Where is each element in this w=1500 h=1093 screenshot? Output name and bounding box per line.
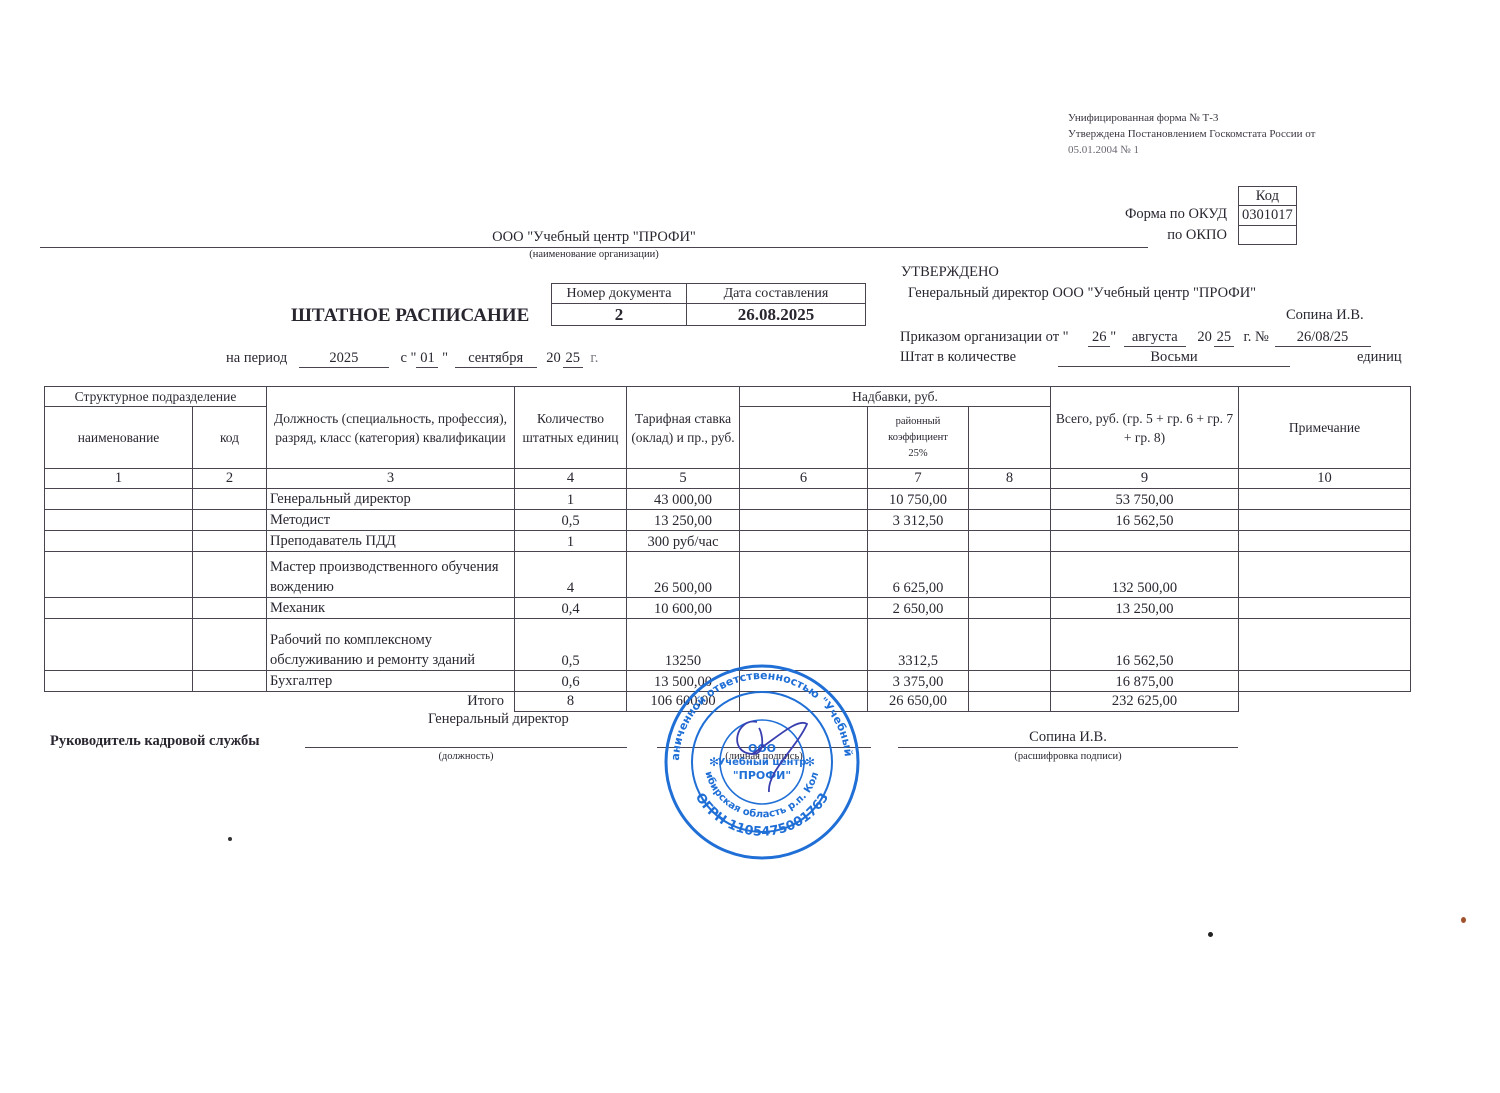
cell-a7: 3 312,50 <box>868 510 969 531</box>
cell-position: Механик <box>267 598 515 619</box>
column-number-8: 8 <box>969 469 1051 489</box>
name-caption: (расшифровка подписи) <box>898 751 1238 762</box>
scan-speck <box>1461 917 1466 923</box>
th-position: Должность (специальность, профессия), ра… <box>267 387 515 469</box>
cell-total: 16 562,50 <box>1051 510 1239 531</box>
cell-name <box>45 671 193 692</box>
okpo-value <box>1239 226 1297 245</box>
cell-a6 <box>740 531 868 552</box>
signature-role-label: Руководитель кадровой службы <box>50 733 260 750</box>
period-century: 20 <box>546 350 561 366</box>
cell-a6 <box>740 510 868 531</box>
period-label: на период <box>226 350 287 366</box>
column-number-2: 2 <box>193 469 267 489</box>
cell-a8 <box>969 552 1051 598</box>
doc-date: 26.08.2025 <box>687 304 866 326</box>
th-subdivision: Структурное подразделение <box>45 387 267 407</box>
cell-name <box>45 531 193 552</box>
period-line: на период 2025 с "01 " сентября 2025 г. <box>226 350 598 368</box>
cell-position: Методист <box>267 510 515 531</box>
doc-date-label: Дата составления <box>687 284 866 304</box>
th-units: Количество штатных единиц <box>515 387 627 469</box>
cell-units: 0,6 <box>515 671 627 692</box>
order-yy: 25 <box>1214 329 1234 347</box>
th-total: Всего, руб. (гр. 5 + гр. 6 + гр. 7 + гр.… <box>1051 387 1239 469</box>
table-row: Механик0,410 600,002 650,0013 250,00 <box>45 598 1411 619</box>
cell-total: 13 250,00 <box>1051 598 1239 619</box>
cell-position: Генеральный директор <box>267 489 515 510</box>
th-note: Примечание <box>1239 387 1411 469</box>
table-row: Методист0,513 250,003 312,5016 562,50 <box>45 510 1411 531</box>
cell-units: 1 <box>515 489 627 510</box>
totals-label: Итого <box>45 692 515 712</box>
th-rate: Тарифная ставка (оклад) и пр., руб. <box>627 387 740 469</box>
cell-units: 1 <box>515 531 627 552</box>
th-allow7-regional-coefficient: районный коэффициент 25% <box>868 407 969 469</box>
totals-note-empty <box>1239 692 1411 712</box>
position-caption: (должность) <box>305 751 627 762</box>
cell-code <box>193 531 267 552</box>
form-info-line3: 05.01.2004 № 1 <box>1068 142 1315 158</box>
staff-label: Штат в количестве <box>900 349 1016 366</box>
th-allow6 <box>740 407 868 469</box>
cell-rate: 300 руб/час <box>627 531 740 552</box>
stamp-star-left: ✻ <box>709 755 719 769</box>
stamp-star-right: ✻ <box>805 755 815 769</box>
approval-order: Приказом организации от " 26" августа 20… <box>900 329 1371 347</box>
approval-name: Сопина И.В. <box>1286 307 1364 324</box>
cell-a8 <box>969 671 1051 692</box>
column-number-9: 9 <box>1051 469 1239 489</box>
table-row: Мастер производственного обучения вожден… <box>45 552 1411 598</box>
cell-note <box>1239 489 1411 510</box>
column-number-1: 1 <box>45 469 193 489</box>
column-number-3: 3 <box>267 469 515 489</box>
cell-a7 <box>868 531 969 552</box>
cell-note <box>1239 619 1411 671</box>
company-stamp: Общество с ограниченной ответственностью… <box>657 662 867 862</box>
order-day: 26 <box>1088 329 1110 347</box>
th-sub-name: наименование <box>45 407 193 469</box>
totals-total: 232 625,00 <box>1051 692 1239 712</box>
organization-caption: (наименование организации) <box>40 249 1148 260</box>
form-info-line2: Утверждена Постановлением Госкомстата Ро… <box>1068 126 1315 142</box>
stamp-center-line2: Учебный центр <box>718 756 807 768</box>
document-title: ШТАТНОЕ РАСПИСАНИЕ <box>291 305 529 327</box>
signature-name-value: Сопина И.В. <box>898 729 1238 746</box>
cell-units: 0,4 <box>515 598 627 619</box>
cell-a8 <box>969 619 1051 671</box>
doc-number: 2 <box>552 304 687 326</box>
order-no-label: г. № <box>1244 329 1269 345</box>
th-allowances: Надбавки, руб. <box>740 387 1051 407</box>
cell-note <box>1239 531 1411 552</box>
position-line <box>305 747 627 748</box>
signature-position-value: Генеральный директор <box>428 711 569 728</box>
cell-a6 <box>740 489 868 510</box>
okud-value: 0301017 <box>1239 206 1297 226</box>
period-yy: 25 <box>563 350 583 368</box>
cell-a7: 6 625,00 <box>868 552 969 598</box>
cell-position: Преподаватель ПДД <box>267 531 515 552</box>
cell-position: Мастер производственного обучения вожден… <box>267 552 515 598</box>
order-no: 26/08/25 <box>1275 329 1371 347</box>
cell-rate: 10 600,00 <box>627 598 740 619</box>
column-number-10: 10 <box>1239 469 1411 489</box>
table-row: Генеральный директор143 000,0010 750,005… <box>45 489 1411 510</box>
cell-code <box>193 671 267 692</box>
document-number-table: Номер документа Дата составления 2 26.08… <box>551 283 866 326</box>
cell-code <box>193 489 267 510</box>
cell-name <box>45 510 193 531</box>
cell-a7: 2 650,00 <box>868 598 969 619</box>
cell-note <box>1239 552 1411 598</box>
cell-units: 0,5 <box>515 510 627 531</box>
cell-rate: 26 500,00 <box>627 552 740 598</box>
table-row: Преподаватель ПДД1300 руб/час <box>45 531 1411 552</box>
column-number-6: 6 <box>740 469 868 489</box>
cell-note <box>1239 510 1411 531</box>
staff-units: единиц <box>1357 349 1402 366</box>
cell-a8 <box>969 598 1051 619</box>
period-month: сентября <box>455 350 537 368</box>
cell-a7: 10 750,00 <box>868 489 969 510</box>
order-label: Приказом организации от " <box>900 329 1069 345</box>
form-info: Унифицированная форма № Т-3 Утверждена П… <box>1068 110 1315 158</box>
column-numbers-row: 12345678910 <box>45 469 1411 489</box>
order-month: августа <box>1124 329 1186 347</box>
cell-a8 <box>969 489 1051 510</box>
cell-total: 16 562,50 <box>1051 619 1239 671</box>
period-day: 01 <box>416 350 438 368</box>
cell-total: 53 750,00 <box>1051 489 1239 510</box>
header-row-1: Структурное подразделение Должность (спе… <box>45 387 1411 407</box>
cell-name <box>45 619 193 671</box>
staff-count: Восьми <box>1058 349 1290 367</box>
cell-code <box>193 619 267 671</box>
cell-name <box>45 552 193 598</box>
cell-rate: 13 250,00 <box>627 510 740 531</box>
cell-code <box>193 510 267 531</box>
cell-name <box>45 489 193 510</box>
cell-units: 4 <box>515 552 627 598</box>
period-year: 2025 <box>299 350 389 368</box>
totals-a7: 26 650,00 <box>868 692 969 712</box>
okud-label: Форма по ОКУД <box>1111 206 1227 223</box>
cell-position: Бухгалтер <box>267 671 515 692</box>
cell-a8 <box>969 510 1051 531</box>
period-suffix: г. <box>590 350 598 366</box>
organization-name: ООО "Учебный центр "ПРОФИ" <box>40 229 1148 248</box>
cell-total: 132 500,00 <box>1051 552 1239 598</box>
cell-note <box>1239 598 1411 619</box>
approval-title: УТВЕРЖДЕНО <box>901 264 999 281</box>
cell-a7: 3 375,00 <box>868 671 969 692</box>
period-quote: " <box>442 350 448 366</box>
cell-a6 <box>740 552 868 598</box>
period-from: с " <box>401 350 417 366</box>
form-info-line1: Унифицированная форма № Т-3 <box>1068 110 1315 126</box>
cell-rate: 43 000,00 <box>627 489 740 510</box>
order-quote: " <box>1110 329 1116 345</box>
cell-note <box>1239 671 1411 692</box>
th-allow8 <box>969 407 1051 469</box>
cell-total <box>1051 531 1239 552</box>
doc-number-label: Номер документа <box>552 284 687 304</box>
cell-units: 0,5 <box>515 619 627 671</box>
codes-table: Код 0301017 <box>1238 186 1297 245</box>
cell-a7: 3312,5 <box>868 619 969 671</box>
totals-units: 8 <box>515 692 627 712</box>
scan-speck <box>1208 932 1213 937</box>
code-header: Код <box>1239 187 1297 206</box>
column-number-5: 5 <box>627 469 740 489</box>
cell-a8 <box>969 531 1051 552</box>
approval-position: Генеральный директор ООО "Учебный центр … <box>908 285 1256 302</box>
scan-speck <box>228 837 232 841</box>
totals-a8 <box>969 692 1051 712</box>
column-number-7: 7 <box>868 469 969 489</box>
cell-name <box>45 598 193 619</box>
cell-code <box>193 598 267 619</box>
cell-total: 16 875,00 <box>1051 671 1239 692</box>
column-number-4: 4 <box>515 469 627 489</box>
stamp-center-line3: "ПРОФИ" <box>733 769 791 782</box>
cell-code <box>193 552 267 598</box>
th-sub-code: код <box>193 407 267 469</box>
cell-position: Рабочий по комплексному обслуживанию и р… <box>267 619 515 671</box>
name-line <box>898 747 1238 748</box>
order-century: 20 <box>1197 329 1212 345</box>
cell-a6 <box>740 598 868 619</box>
